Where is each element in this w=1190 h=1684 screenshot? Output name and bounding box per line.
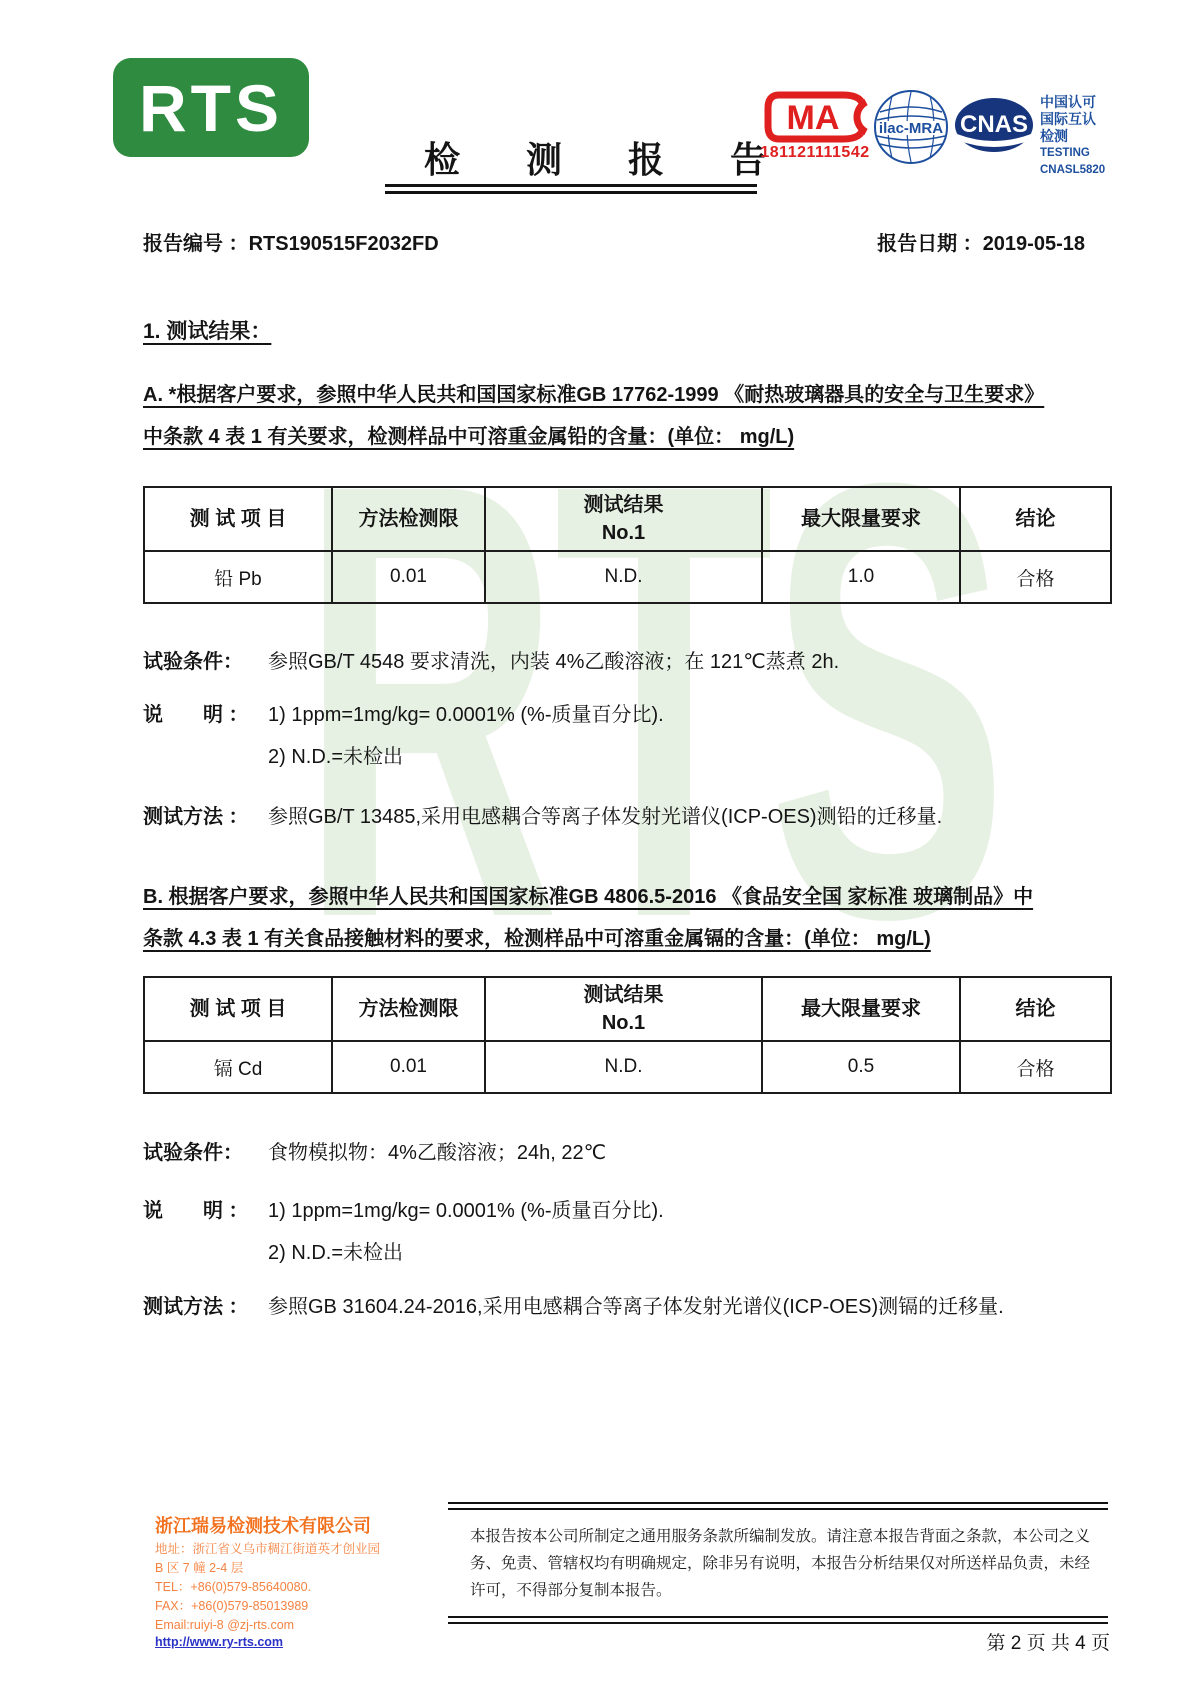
table-a-header-limit: 方法检测限 — [332, 487, 485, 551]
section-a-intro-line2: 中条款 4 表 1 有关要求，检测样品中可溶重金属铅的含量：(单位： mg/L) — [143, 416, 1103, 458]
table-a-header-max: 最大限量要求 — [762, 487, 960, 551]
table-b-cell-max: 0.5 — [762, 1041, 960, 1093]
title-double-underline — [385, 184, 757, 194]
cnas-caption-line: CNASL5820 — [1040, 162, 1105, 179]
report-date-row: 报告日期 ：2019-05-18 — [877, 227, 1085, 256]
table-b-cell-item: 镉 Cd — [144, 1041, 332, 1093]
cnas-logo: CNAS — [953, 96, 1035, 154]
table-a-header-conclusion: 结论 — [960, 487, 1111, 551]
section-b-note-row: 说 明 ：1) 1ppm=1mg/kg= 0.0001% (%-质量百分比). — [143, 1194, 664, 1223]
report-page: RTS RTS 检 测 报 告 MA 181121111542 ilac-MRA… — [0, 0, 1190, 1684]
section-b-condition-row: 试验条件：食物模拟物：4%乙酸溶液；24h, 22℃ — [143, 1136, 606, 1165]
disclaimer-text: 本报告按本公司所制定之通用服务条款所编制发放。请注意本报告背面之条款，本公司之义… — [470, 1523, 1092, 1604]
condition-label: 试验条件： — [143, 1136, 268, 1165]
table-a-cell-limit: 0.01 — [332, 551, 485, 603]
table-b-cell-limit: 0.01 — [332, 1041, 485, 1093]
disclaimer-top-rule — [448, 1502, 1108, 1510]
test-table-a: 测 试 项 目 方法检测限 测试结果 No.1 最大限量要求 结论 铅 Pb 0… — [143, 486, 1112, 604]
footer-address-line1: 地址：浙江省义乌市稠江街道英才创业园 — [155, 1540, 380, 1559]
table-b-header-item: 测 试 项 目 — [144, 977, 332, 1041]
page-number: 第 2 页 共 4 页 — [986, 1628, 1110, 1655]
footer-company-name: 浙江瑞易检测技术有限公司 — [155, 1512, 371, 1538]
condition-label: 试验条件： — [143, 645, 268, 674]
section-b-intro: B. 根据客户要求，参照中华人民共和国国家标准GB 4806.5-2016 《食… — [143, 876, 1103, 960]
condition-text: 参照GB/T 4548 要求清洗，内装 4%乙酸溶液；在 121℃蒸煮 2h. — [268, 651, 839, 673]
cnas-caption-line: TESTING — [1040, 145, 1105, 162]
section-a-intro: A. *根据客户要求，参照中华人民共和国国家标准GB 17762-1999 《耐… — [143, 374, 1103, 458]
cma-logo: MA — [763, 90, 871, 144]
table-a-header-result-title: 测试结果 — [486, 491, 761, 519]
note-label: 说 明 ： — [143, 698, 268, 727]
note-label: 说 明 ： — [143, 1194, 268, 1223]
footer-website-link[interactable]: http://www.ry-rts.com — [155, 1635, 283, 1649]
table-b-cell-result: N.D. — [485, 1041, 762, 1093]
table-a-header-result: 测试结果 No.1 — [485, 487, 762, 551]
section-a-note-row2: 2) N.D.=未检出 — [268, 740, 403, 769]
footer-address-line2: B 区 7 幢 2-4 层 — [155, 1559, 243, 1578]
note-text-2: 2) N.D.=未检出 — [268, 1242, 403, 1264]
condition-text: 食物模拟物：4%乙酸溶液；24h, 22℃ — [268, 1142, 606, 1164]
section-b-note-row2: 2) N.D.=未检出 — [268, 1236, 403, 1265]
table-a-cell-conclusion: 合格 — [960, 551, 1111, 603]
footer-tel: TEL：+86(0)579-85640080. — [155, 1578, 311, 1597]
report-date-label: 报告日期 ： — [877, 233, 983, 255]
cnas-caption-line: 检测 — [1040, 128, 1105, 145]
table-a-data-row: 铅 Pb 0.01 N.D. 1.0 合格 — [144, 551, 1111, 603]
section-a-intro-line1: A. *根据客户要求，参照中华人民共和国国家标准GB 17762-1999 《耐… — [143, 374, 1103, 416]
method-label: 测试方法 ： — [143, 800, 268, 829]
table-a-header-result-sub: No.1 — [486, 519, 761, 547]
table-a-header-row: 测 试 项 目 方法检测限 测试结果 No.1 最大限量要求 结论 — [144, 487, 1111, 551]
section-b-intro-line1: B. 根据客户要求，参照中华人民共和国国家标准GB 4806.5-2016 《食… — [143, 876, 1103, 918]
table-b-header-max: 最大限量要求 — [762, 977, 960, 1041]
method-text: 参照GB 31604.24-2016,采用电感耦合等离子体发射光谱仪(ICP-O… — [268, 1296, 1004, 1318]
section-a-note-row: 说 明 ：1) 1ppm=1mg/kg= 0.0001% (%-质量百分比). — [143, 698, 664, 727]
table-a-header-item: 测 试 项 目 — [144, 487, 332, 551]
table-b-header-limit: 方法检测限 — [332, 977, 485, 1041]
footer-email: Email:ruiyi-8 @zj-rts.com — [155, 1616, 294, 1635]
ilac-label: ilac-MRA — [879, 120, 943, 137]
section-b-method-row: 测试方法 ：参照GB 31604.24-2016,采用电感耦合等离子体发射光谱仪… — [143, 1290, 1004, 1319]
disclaimer-bottom-rule — [448, 1616, 1108, 1624]
table-a-cell-result: N.D. — [485, 551, 762, 603]
report-number-value: RTS190515F2032FD — [249, 233, 439, 255]
report-number-label: 报告编号 ： — [143, 233, 249, 255]
note-text-2: 2) N.D.=未检出 — [268, 746, 403, 768]
cma-number: 181121111542 — [756, 144, 874, 162]
ilac-mra-logo: ilac-MRA — [872, 88, 950, 166]
table-b-header-result-sub: No.1 — [486, 1009, 761, 1037]
method-label: 测试方法 ： — [143, 1290, 268, 1319]
table-b-header-result: 测试结果 No.1 — [485, 977, 762, 1041]
table-b-cell-conclusion: 合格 — [960, 1041, 1111, 1093]
table-a-cell-max: 1.0 — [762, 551, 960, 603]
table-b-header-conclusion: 结论 — [960, 977, 1111, 1041]
method-text: 参照GB/T 13485,采用电感耦合等离子体发射光谱仪(ICP-OES)测铅的… — [268, 806, 942, 828]
table-b-header-row: 测 试 项 目 方法检测限 测试结果 No.1 最大限量要求 结论 — [144, 977, 1111, 1041]
cnas-label: CNAS — [960, 111, 1028, 138]
cnas-caption-line: 中国认可 — [1040, 94, 1105, 111]
section-a-condition-row: 试验条件：参照GB/T 4548 要求清洗，内装 4%乙酸溶液；在 121℃蒸煮… — [143, 645, 839, 674]
report-date-value: 2019-05-18 — [983, 233, 1085, 255]
note-text-1: 1) 1ppm=1mg/kg= 0.0001% (%-质量百分比). — [268, 704, 664, 726]
report-number-row: 报告编号 ：RTS190515F2032FD — [143, 227, 439, 256]
cnas-caption-line: 国际互认 — [1040, 111, 1105, 128]
cma-label: MA — [787, 99, 840, 137]
cnas-caption: 中国认可 国际互认 检测 TESTING CNASL5820 — [1040, 94, 1105, 179]
footer-fax: FAX：+86(0)579-85013989 — [155, 1597, 308, 1616]
section-b-intro-line2: 条款 4.3 表 1 有关食品接触材料的要求，检测样品中可溶重金属镉的含量：(单… — [143, 918, 1103, 960]
table-a-cell-item: 铅 Pb — [144, 551, 332, 603]
test-table-b: 测 试 项 目 方法检测限 测试结果 No.1 最大限量要求 结论 镉 Cd 0… — [143, 976, 1112, 1094]
section-a-method-row: 测试方法 ：参照GB/T 13485,采用电感耦合等离子体发射光谱仪(ICP-O… — [143, 800, 942, 829]
table-b-header-result-title: 测试结果 — [486, 981, 761, 1009]
note-text-1: 1) 1ppm=1mg/kg= 0.0001% (%-质量百分比). — [268, 1200, 664, 1222]
table-b-data-row: 镉 Cd 0.01 N.D. 0.5 合格 — [144, 1041, 1111, 1093]
section-1-heading: 1. 测试结果： — [143, 315, 271, 345]
